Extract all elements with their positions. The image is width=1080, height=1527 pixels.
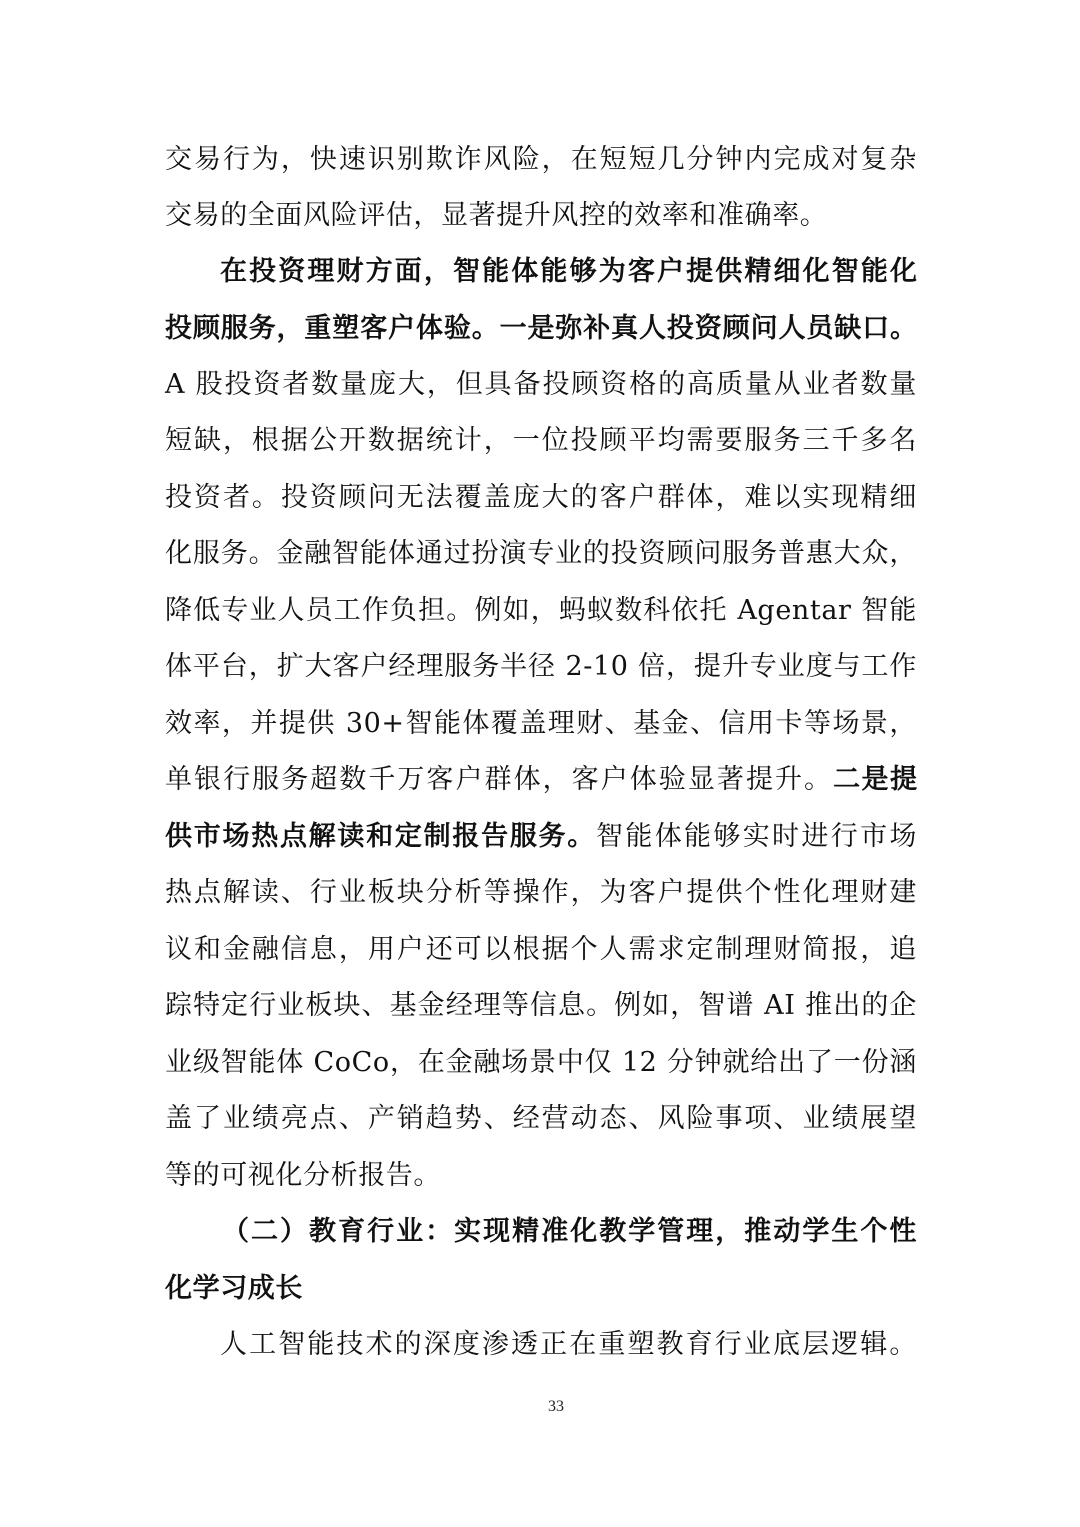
text-line: A 股投资者数量庞大，但具备投顾资格的高质量从业者数量: [165, 365, 917, 405]
body-text: 化服务。金融智能体通过扮演专业的投资顾问服务普惠大众，: [165, 538, 917, 569]
body-text: 投资者。投资顾问无法覆盖庞大的客户群体，难以实现精细: [165, 482, 917, 513]
body-text: 热点解读、行业板块分析等操作，为客户提供个性化理财建: [165, 877, 917, 908]
bold-text: 在投资理财方面，智能体能够为客户提供精细化智能化: [220, 256, 917, 287]
heading-text: 化学习成长: [165, 1273, 303, 1304]
section-heading: （二）教育行业：实现精准化教学管理，推动学生个性: [222, 1212, 917, 1252]
text-line: 盖了业绩亮点、产销趋势、经营动态、风险事项、业绩展望: [165, 1099, 917, 1139]
text-line: 交易行为，快速识别欺诈风险，在短短几分钟内完成对复杂: [165, 140, 917, 180]
text-line: 踪特定行业板块、基金经理等信息。例如，智谱 AI 推出的企: [165, 986, 917, 1026]
bold-text: 投顾服务，重塑客户体验。一是弥补真人投资顾问人员缺口。: [165, 313, 917, 344]
body-text: A 股投资者数量庞大，但具备投顾资格的高质量从业者数量: [165, 369, 917, 400]
body-text: 业级智能体 CoCo，在金融场景中仅 12 分钟就给出了一份涵: [165, 1047, 917, 1078]
body-text: 交易行为，快速识别欺诈风险，在短短几分钟内完成对复杂: [165, 144, 917, 175]
text-line: 投资者。投资顾问无法覆盖庞大的客户群体，难以实现精细: [165, 478, 917, 518]
body-text: 效率，并提供 30+智能体覆盖理财、基金、信用卡等场景，: [165, 708, 917, 739]
text-line: 化服务。金融智能体通过扮演专业的投资顾问服务普惠大众，: [165, 534, 917, 574]
body-text: 盖了业绩亮点、产销趋势、经营动态、风险事项、业绩展望: [165, 1103, 917, 1134]
body-text: 短缺，根据公开数据统计，一位投顾平均需要服务三千多名: [165, 425, 917, 456]
heading-text: （二）教育行业：实现精准化教学管理，推动学生个性: [222, 1216, 917, 1247]
text-line: 投顾服务，重塑客户体验。一是弥补真人投资顾问人员缺口。: [165, 309, 917, 349]
text-line: 等的可视化分析报告。: [165, 1156, 917, 1196]
text-line: 降低专业人员工作负担。例如，蚂蚁数科依托 Agentar 智能: [165, 591, 917, 631]
bold-text: 供市场热点解读和定制报告服务。: [165, 821, 596, 852]
text-line: 议和金融信息，用户还可以根据个人需求定制理财简报，追: [165, 930, 917, 970]
text-line: 热点解读、行业板块分析等操作，为客户提供个性化理财建: [165, 873, 917, 913]
text-line: 效率，并提供 30+智能体覆盖理财、基金、信用卡等场景，: [165, 704, 917, 744]
body-text: 降低专业人员工作负担。例如，蚂蚁数科依托 Agentar 智能: [165, 595, 917, 626]
text-line: 交易的全面风险评估，显著提升风控的效率和准确率。: [165, 196, 917, 236]
text-line: 在投资理财方面，智能体能够为客户提供精细化智能化: [220, 252, 917, 292]
text-line: 短缺，根据公开数据统计，一位投顾平均需要服务三千多名: [165, 421, 917, 461]
body-text: 等的可视化分析报告。: [165, 1160, 441, 1191]
text-line: 供市场热点解读和定制报告服务。智能体能够实时进行市场: [165, 817, 917, 857]
body-text: 单银行服务超数千万客户群体，客户体验显著提升。: [165, 764, 833, 795]
text-line: 人工智能技术的深度渗透正在重塑教育行业底层逻辑。: [220, 1325, 917, 1365]
page-number: 33: [0, 1398, 1080, 1416]
bold-text: 二是提: [833, 764, 917, 795]
body-text: 议和金融信息，用户还可以根据个人需求定制理财简报，追: [165, 934, 917, 965]
body-text: 踪特定行业板块、基金经理等信息。例如，智谱 AI 推出的企: [165, 990, 917, 1021]
document-page: 交易行为，快速识别欺诈风险，在短短几分钟内完成对复杂 交易的全面风险评估，显著提…: [0, 0, 1080, 1527]
body-text: 体平台，扩大客户经理服务半径 2-10 倍，提升专业度与工作: [165, 651, 917, 682]
text-line: 单银行服务超数千万客户群体，客户体验显著提升。二是提: [165, 760, 917, 800]
section-heading-continued: 化学习成长: [165, 1269, 917, 1309]
body-text: 人工智能技术的深度渗透正在重塑教育行业底层逻辑。: [220, 1329, 917, 1360]
body-text: 交易的全面风险评估，显著提升风控的效率和准确率。: [165, 200, 827, 231]
text-line: 体平台，扩大客户经理服务半径 2-10 倍，提升专业度与工作: [165, 647, 917, 687]
text-line: 业级智能体 CoCo，在金融场景中仅 12 分钟就给出了一份涵: [165, 1043, 917, 1083]
body-text: 智能体能够实时进行市场: [596, 821, 917, 852]
